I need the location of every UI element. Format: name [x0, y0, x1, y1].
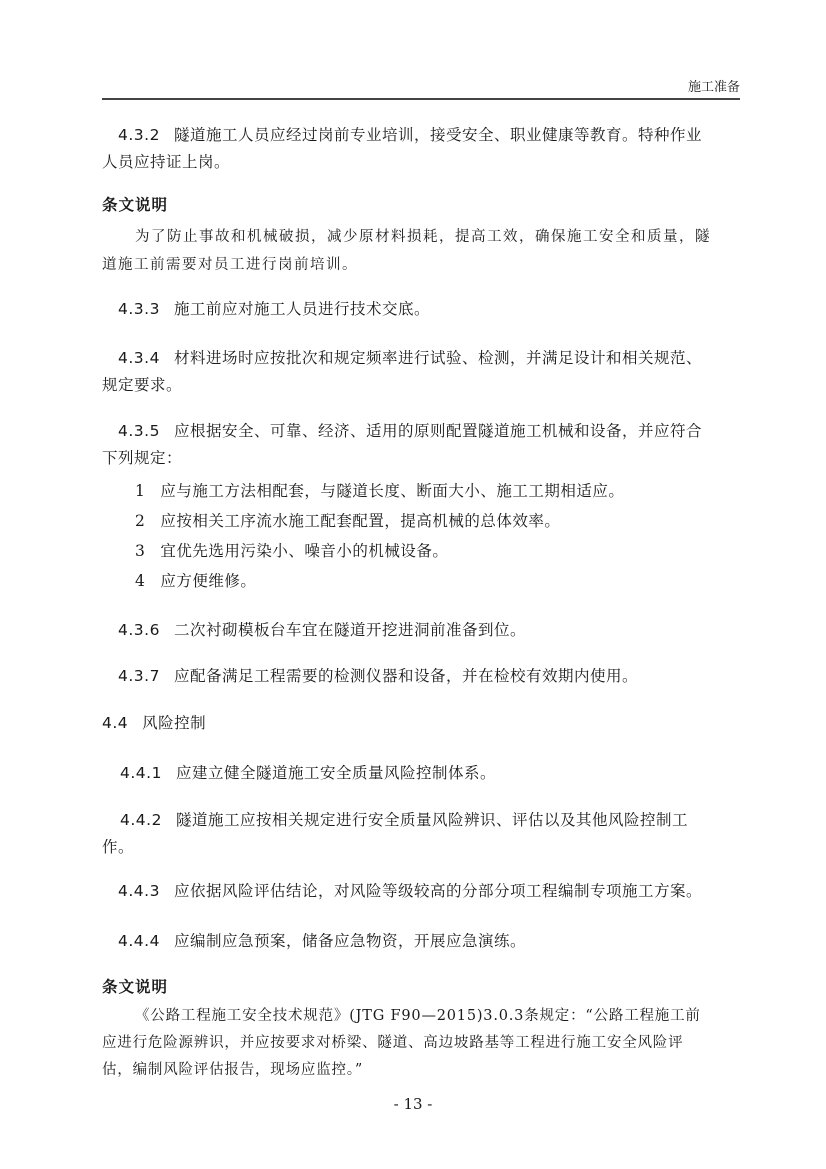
commentary-line3: 估，编制风险评估报告，现场应监控。” — [102, 1058, 363, 1079]
running-header: 施工准备 — [102, 78, 740, 100]
header-section-title: 施工准备 — [688, 76, 740, 95]
list-item: 3宜优先选用污染小、噪音小的机械设备。 — [135, 539, 448, 561]
clause-4-3-2-line2: 人员应持证上岗。 — [102, 150, 230, 172]
clause-4-4-4: 4.4.4应编制应急预案，储备应急物资，开展应急演练。 — [118, 929, 526, 951]
commentary-heading: 条文说明 — [102, 975, 168, 997]
commentary-line2: 道施工前需要对员工进行岗前培训。 — [102, 253, 358, 274]
clause-4-4-2-line2: 作。 — [102, 835, 134, 857]
section-4-4-heading: 4.4风险控制 — [102, 711, 206, 733]
clause-4-3-4-line1: 4.3.4材料进场时应按批次和规定频率进行试验、检测，并满足设计和相关规范、 — [118, 346, 702, 368]
clause-4-3-5-line1: 4.3.5应根据安全、可靠、经济、适用的原则配置隧道施工机械和设备，并应符合 — [118, 419, 702, 441]
commentary-line1: 为了防止事故和机械破损，减少原材料损耗，提高工效，确保施工安全和质量，隧 — [135, 225, 711, 246]
list-item: 2应按相关工序流水施工配套配置，提高机械的总体效率。 — [135, 509, 560, 531]
clause-4-4-3: 4.4.3应依据风险评估结论，对风险等级较高的分部分项工程编制专项施工方案。 — [118, 879, 702, 901]
clause-4-3-5-line2: 下列规定： — [102, 446, 182, 468]
clause-4-3-2-line1: 4.3.2隧道施工人员应经过岗前专业培训，接受安全、职业健康等教育。特种作业 — [118, 123, 702, 145]
list-item: 1应与施工方法相配套，与隧道长度、断面大小、施工工期相适应。 — [135, 479, 624, 501]
clause-4-3-6: 4.3.6二次衬砌模板台车宜在隧道开挖进洞前准备到位。 — [118, 618, 526, 640]
clause-4-3-3: 4.3.3施工前应对施工人员进行技术交底。 — [118, 297, 430, 319]
commentary-heading: 条文说明 — [102, 193, 168, 215]
commentary-line1: 《公路工程施工安全技术规范》(JTG F90—2015)3.0.3条规定：“公路… — [135, 1004, 701, 1025]
document-page: 施工准备 4.3.2隧道施工人员应经过岗前专业培训，接受安全、职业健康等教育。特… — [0, 0, 826, 1169]
clause-4-4-1: 4.4.1应建立健全隧道施工安全质量风险控制体系。 — [120, 761, 496, 783]
page-number: - 13 - — [0, 1095, 826, 1113]
commentary-line2: 应进行危险源辨识，并应按要求对桥梁、隧道、高边坡路基等工程进行施工安全风险评 — [102, 1031, 683, 1052]
clause-4-3-7: 4.3.7应配备满足工程需要的检测仪器和设备，并在检校有效期内使用。 — [118, 664, 638, 686]
clause-4-3-4-line2: 规定要求。 — [102, 373, 182, 395]
list-item: 4应方便维修。 — [135, 569, 256, 591]
clause-4-4-2-line1: 4.4.2隧道施工应按相关规定进行安全质量风险辨识、评估以及其他风险控制工 — [120, 808, 688, 830]
